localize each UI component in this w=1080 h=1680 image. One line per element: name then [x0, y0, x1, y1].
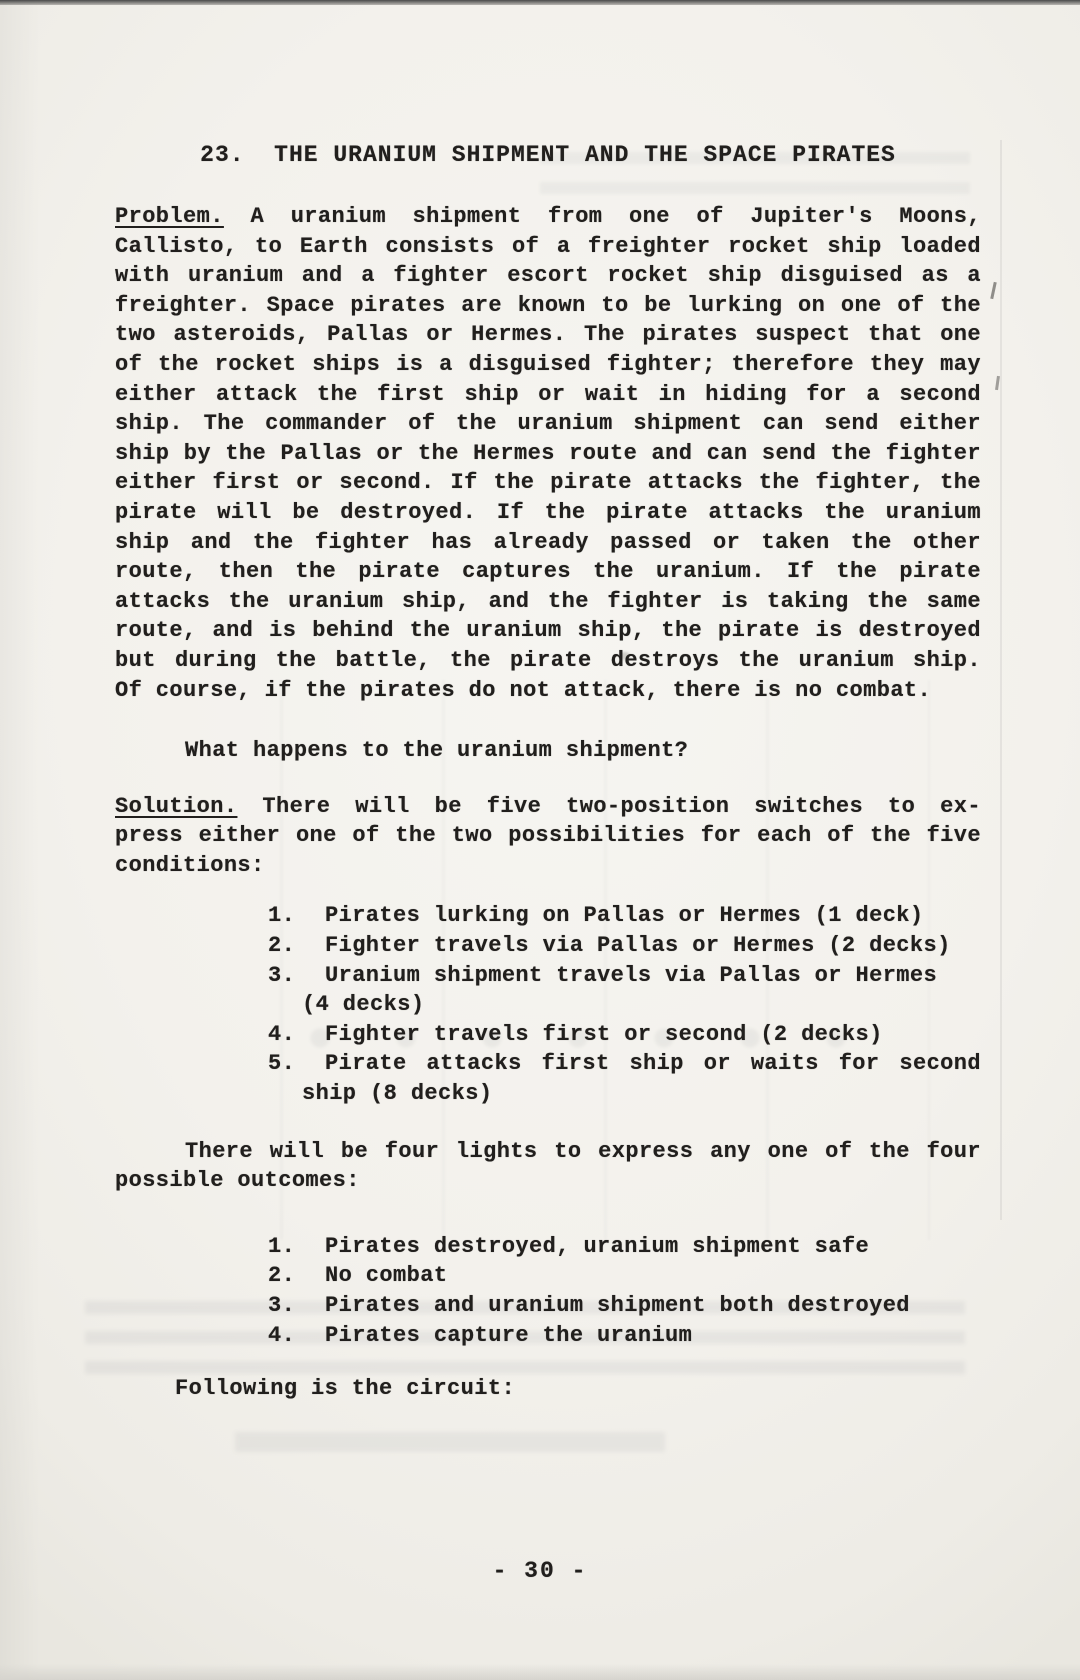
condition-item: 5. Pirate attacks first ship or waits fo…	[115, 1049, 981, 1108]
condition-item: 1. Pirates lurking on Pallas or Hermes (…	[115, 901, 981, 931]
bleedthrough-caption	[235, 1432, 665, 1452]
solution-lead-text: There will be five two-position switches…	[262, 794, 981, 819]
problem-line: Callisto, to Earth consists of a freight…	[115, 232, 981, 262]
condition-text-wrap: (4 decks)	[302, 990, 981, 1020]
outcome-text: Pirates capture the uranium	[325, 1321, 981, 1351]
condition-number: 3.	[268, 961, 295, 991]
page-content: 23. THE URANIUM SHIPMENT AND THE SPACE P…	[115, 0, 981, 1404]
problem-paragraph: Problem. A uranium shipment from one of …	[115, 202, 981, 705]
problem-line: ship. The commander of the uranium shipm…	[115, 409, 981, 439]
lights-intro-paragraph: There will be four lights to express any…	[115, 1137, 981, 1196]
condition-text-wrap: ship (8 decks)	[302, 1079, 981, 1109]
condition-number: 4.	[268, 1020, 295, 1050]
problem-line: freighter. Space pirates are known to be…	[115, 291, 981, 321]
condition-text: Fighter travels via Pallas or Hermes (2 …	[325, 931, 981, 961]
outcome-item: 4. Pirates capture the uranium	[115, 1321, 981, 1351]
condition-number: 2.	[268, 931, 295, 961]
problem-first-line: Problem. A uranium shipment from one of …	[115, 202, 981, 232]
page-bottom-edge	[0, 1664, 1080, 1680]
solution-line: press either one of the two possibilitie…	[115, 821, 981, 851]
problem-line: ship by the Pallas or the Hermes route a…	[115, 439, 981, 469]
solution-line: conditions:	[115, 851, 981, 881]
condition-number: 5.	[268, 1049, 295, 1079]
problem-line: route, and is behind the uranium ship, t…	[115, 616, 981, 646]
condition-item: 4. Fighter travels first or second (2 de…	[115, 1020, 981, 1050]
outcome-number: 2.	[268, 1261, 295, 1291]
problem-line: but during the battle, the pirate destro…	[115, 646, 981, 676]
problem-line: route, then the pirate captures the uran…	[115, 557, 981, 587]
chapter-title: 23. THE URANIUM SHIPMENT AND THE SPACE P…	[115, 140, 981, 170]
paper-crease	[1000, 140, 1002, 1220]
outcome-number: 4.	[268, 1321, 295, 1351]
lights-intro-line: possible outcomes:	[115, 1166, 981, 1196]
closing-text: Following is the circuit:	[115, 1374, 981, 1404]
condition-item: 2. Fighter travels via Pallas or Hermes …	[115, 931, 981, 961]
ink-speck	[990, 282, 996, 299]
problem-line: two asteroids, Pallas or Hermes. The pir…	[115, 320, 981, 350]
problem-line: Of course, if the pirates do not attack,…	[115, 676, 981, 706]
outcome-text: Pirates destroyed, uranium shipment safe	[325, 1232, 981, 1262]
scanned-book-page: 23. THE URANIUM SHIPMENT AND THE SPACE P…	[0, 0, 1080, 1680]
solution-label: Solution.	[115, 794, 237, 819]
solution-paragraph: Solution. There will be five two-positio…	[115, 792, 981, 881]
condition-text: Pirate attacks first ship or waits for s…	[325, 1049, 981, 1079]
condition-text: Pirates lurking on Pallas or Hermes (1 d…	[325, 901, 981, 931]
outcome-text: Pirates and uranium shipment both destro…	[325, 1291, 981, 1321]
outcome-text: No combat	[325, 1261, 981, 1291]
page-left-shading	[0, 0, 40, 1680]
condition-item: 3. Uranium shipment travels via Pallas o…	[115, 961, 981, 1020]
problem-line: either first or second. If the pirate at…	[115, 468, 981, 498]
solution-first-line: Solution. There will be five two-positio…	[115, 792, 981, 822]
outcome-item: 1. Pirates destroyed, uranium shipment s…	[115, 1232, 981, 1262]
problem-lead-text: A uranium shipment from one of Jupiter's…	[250, 204, 981, 229]
ink-speck	[995, 376, 1000, 390]
problem-line: either attack the first ship or wait in …	[115, 380, 981, 410]
problem-label: Problem.	[115, 204, 224, 229]
condition-text: Uranium shipment travels via Pallas or H…	[325, 961, 981, 991]
condition-text: Fighter travels first or second (2 decks…	[325, 1020, 981, 1050]
page-number: - 30 -	[0, 1556, 1080, 1586]
outcomes-list: 1. Pirates destroyed, uranium shipment s…	[115, 1232, 981, 1350]
problem-line: of the rocket ships is a disguised fight…	[115, 350, 981, 380]
problem-line: ship and the fighter has already passed …	[115, 528, 981, 558]
outcome-number: 1.	[268, 1232, 295, 1262]
outcome-number: 3.	[268, 1291, 295, 1321]
lights-intro-line: There will be four lights to express any…	[115, 1137, 981, 1167]
problem-line: with uranium and a fighter escort rocket…	[115, 261, 981, 291]
condition-number: 1.	[268, 901, 295, 931]
outcome-item: 3. Pirates and uranium shipment both des…	[115, 1291, 981, 1321]
problem-line: pirate will be destroyed. If the pirate …	[115, 498, 981, 528]
question-text: What happens to the uranium shipment?	[115, 736, 981, 766]
outcome-item: 2. No combat	[115, 1261, 981, 1291]
conditions-list: 1. Pirates lurking on Pallas or Hermes (…	[115, 901, 981, 1108]
problem-line: attacks the uranium ship, and the fighte…	[115, 587, 981, 617]
